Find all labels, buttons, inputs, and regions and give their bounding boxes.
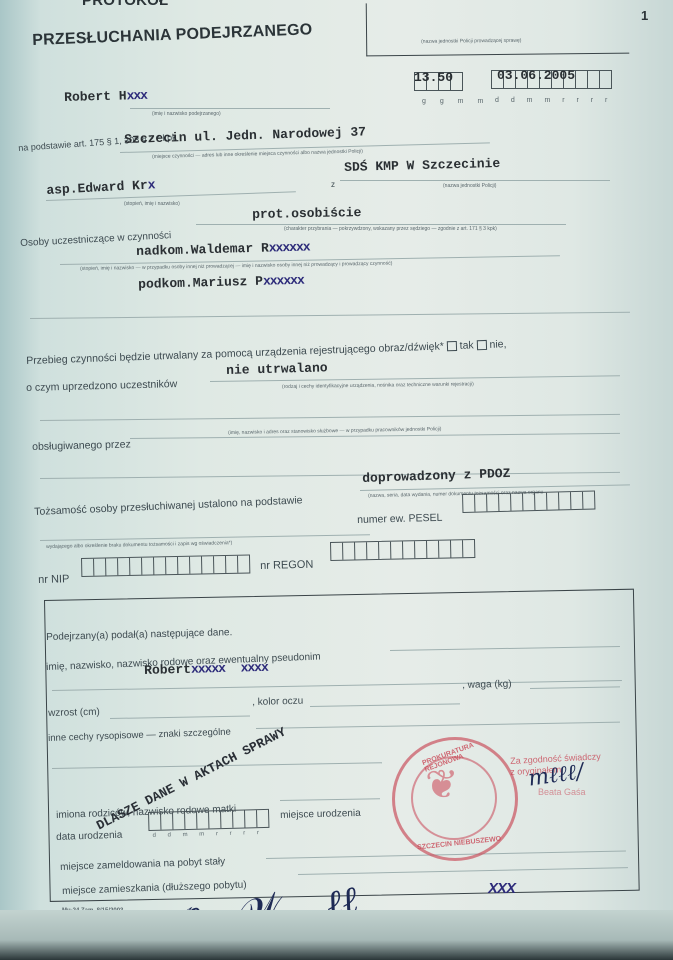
footer-redaction: XXX [488,880,515,897]
officer-unit: SDŚ KMP W Szczecinie [344,156,500,175]
redaction-mark: xxxxx [191,661,225,677]
prosecutor-seal: ❦ PROKURATURA REJONOWA SZCZECIN NIEBUSZE… [392,737,518,861]
regon-label: nr REGON [260,559,313,572]
participant-2-text: podkom.Mariusz P [138,274,263,292]
officer-unit-caption: (nazwa jednostki Policji) [443,183,496,189]
checkbox-yes[interactable] [447,341,457,351]
nip-label: nr NIP [38,573,69,586]
place-typed: Szczecin ul. Jedn. Narodowej 37 [124,124,366,147]
table-surface [0,910,673,960]
pesel-input[interactable] [462,491,596,517]
suspect-name-caption: (imię i nazwisko podejrzanego) [152,111,221,117]
time-value: 13.50 [414,70,453,85]
officer-name-text: asp.Edward Kr [46,178,148,198]
police-unit-field: (nazwa jednostki Policji prowadzącej spr… [366,1,630,57]
from-label: z [331,180,335,189]
warned-label: o czym uprzedzono uczestników [26,378,177,394]
redaction-mark: xxxxxx [269,239,310,255]
suspect-first-name: Robert [144,662,191,678]
birthdate-label: data urodzenia [56,830,123,843]
birthdate-input[interactable]: d d m m r r r r [148,809,270,835]
document-title: PRZESŁUCHANIA PODEJRZANEGO [32,21,313,50]
eye-color-label: , kolor oczu [252,696,303,708]
height-label: wzrost (cm) [48,707,100,719]
option-yes-label: tak [459,339,473,351]
weight-label: , waga (kg) [462,679,512,691]
officer-name: asp.Edward Krx [46,177,155,198]
redaction-mark: x [147,177,155,192]
redaction-mark: xxx [126,88,147,104]
page-number: 1 [641,8,648,23]
checkbox-no[interactable] [476,340,486,350]
identity-caption-2: wydającego albo określenie braku dokumen… [46,540,232,550]
participant-1: nadkom.Waldemar Rxxxxxx [136,239,310,259]
pesel-label: numer ew. PESEL [357,512,443,526]
suspect-name-typed: Robert Hxxx [64,88,147,105]
time-caption: g g m m [422,98,489,105]
suspect-name-text: Robert H [64,88,127,105]
officer-caption: (stopień, imię i nazwisko) [124,201,180,207]
participant-role-caption: (charakter przybrania — pokrzywdzony, ws… [284,226,497,232]
participant-role: prot.osobiście [252,205,361,222]
date-value: 03.06.2005 [497,68,575,83]
date-caption: d d m m r r r r [495,97,612,104]
participant-1-text: nadkom.Waldemar R [136,241,269,259]
regon-input[interactable] [330,539,475,565]
date-field: 03.06.2005 d d m m r r r r [491,70,612,93]
recording-caption: (rodzaj i cechy identyfikacyjne urządzen… [282,381,474,390]
time-field: 13.50 g g m m [414,72,463,95]
police-unit-caption: (nazwa jednostki Policji prowadzącej spr… [421,38,521,45]
redaction-mark: xxxxxx [263,273,304,289]
document-page: PROTOKÓŁ PRZESŁUCHANIA PODEJRZANEGO (naz… [0,0,673,935]
identity-label: Tożsamość osoby przesłuchiwanej ustalono… [34,494,303,518]
recording-typed: nie utrwalano [226,360,328,378]
participant-2: podkom.Mariusz Pxxxxxx [138,273,304,292]
identity-typed: doprowadzony z PDOZ [362,466,511,486]
redaction-mark: xxxx [240,660,268,676]
birthplace-label: miejsce urodzenia [280,808,361,821]
nip-input[interactable] [81,554,250,581]
title-line-1: PROTOKÓŁ [82,0,168,9]
operated-by-label: obsługiwanego przez [32,438,131,453]
option-no-label: nie, [489,338,506,351]
